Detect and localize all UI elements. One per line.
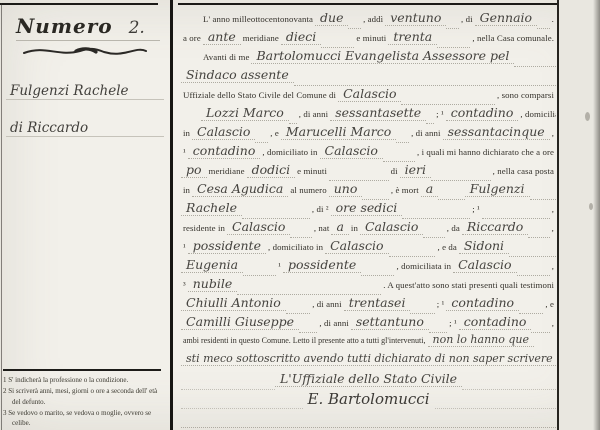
blank-line — [181, 390, 303, 409]
blank-line — [437, 29, 470, 48]
printed-segment: ¹ — [181, 147, 188, 157]
act-line-18: ambi residenti in questo Comune. Letto i… — [181, 333, 556, 352]
ink-smudge — [585, 112, 590, 121]
act-line-15: ³nubile. A quest'atto sono stati present… — [181, 276, 556, 295]
printed-segment: , domiciliata in — [394, 261, 453, 271]
blank-line — [446, 10, 459, 29]
printed-segment: L' anno milleottocentonovanta — [201, 14, 315, 24]
printed-segment: al numero — [288, 185, 328, 195]
printed-segment: residente in — [181, 223, 227, 233]
blank-line — [237, 276, 381, 295]
printed-segment: , e — [268, 128, 281, 138]
handwritten-segment: Calascio — [325, 238, 388, 254]
printed-segment: a ore — [181, 33, 203, 43]
act-line-1: L' anno milleottocentonovantadue, addìve… — [181, 10, 556, 29]
blank-line — [290, 219, 311, 238]
handwritten-segment: Sidoni — [459, 238, 509, 254]
handwritten-segment: uno — [329, 181, 363, 197]
handwritten-segment: due — [315, 10, 348, 26]
handwritten-segment: sti meco sottoscritto avendo tutti dichi… — [181, 352, 556, 366]
handwritten-segment: nubile — [188, 276, 238, 292]
handwritten-segment: Calascio — [227, 219, 290, 235]
printed-segment: Avanti di me — [201, 52, 251, 62]
blank-line — [402, 200, 470, 219]
footnote-1: 1 S' indicherà la professione o la condi… — [3, 375, 161, 386]
printed-segment: ³ — [181, 280, 188, 290]
handwritten-segment: possidente — [188, 238, 266, 254]
blank-line — [410, 295, 434, 314]
handwritten-segment: Cesa Agudica — [192, 181, 288, 197]
printed-segment: , nat — [312, 223, 332, 233]
handwritten-segment: ventuno — [385, 10, 446, 26]
printed-segment: ; ¹ — [434, 109, 446, 119]
blank-line — [509, 238, 556, 257]
numero-label: Numero — [16, 14, 113, 38]
printed-segment: di — [389, 166, 400, 176]
handwritten-segment: a — [331, 219, 348, 235]
blank-line — [294, 67, 556, 86]
printed-segment: , di anni — [317, 318, 351, 328]
printed-segment: , e — [543, 299, 556, 309]
blank-line — [517, 257, 550, 276]
footnote-3: 3 Se vedovo o marito, se vedova o moglie… — [3, 408, 161, 430]
blank-line — [438, 181, 465, 200]
margin-column: Numero 2. Fulgenzi Rachele di Riccardo — [4, 6, 166, 137]
handwritten-segment: Sindaco assente — [181, 67, 294, 83]
handwritten-segment: a — [421, 181, 438, 197]
handwritten-segment: Chiulli Antonio — [181, 295, 286, 311]
numero-row: Numero 2. — [16, 14, 160, 41]
blank-line — [329, 162, 389, 181]
handwritten-segment: contadino — [188, 143, 261, 159]
act-line-6: Lozzi Marco, di annisessantasette; ¹cont… — [181, 105, 556, 124]
act-line-4: Sindaco assente — [181, 67, 556, 86]
handwritten-segment: Calascio — [453, 257, 516, 273]
blank-line — [255, 124, 268, 143]
act-line-22 — [181, 409, 556, 428]
handwritten-segment: Rachele — [181, 200, 242, 216]
handwritten-segment: Calascio — [360, 219, 423, 235]
numero-value: 2. — [129, 18, 145, 38]
printed-segment: , di anni — [297, 109, 331, 119]
printed-segment: ¹ — [181, 242, 188, 252]
printed-segment: ambi residenti in questo Comune. Letto i… — [181, 336, 428, 345]
act-line-12: residente inCalascio, natainCalascio, da… — [181, 219, 556, 238]
death-record-scan: Numero 2. Fulgenzi Rachele di Riccardo 1… — [0, 0, 600, 430]
handwritten-segment: ante — [203, 29, 241, 45]
printed-segment: , i quali mi hanno dichiarato che a ore — [415, 147, 556, 157]
right-border — [557, 0, 559, 430]
handwritten-segment: Calascio — [320, 143, 383, 159]
handwritten-segment: Calascio — [338, 86, 401, 102]
printed-segment: , è mort — [389, 185, 421, 195]
blank-line — [348, 10, 361, 29]
handwritten-segment: Eugenia — [181, 257, 243, 273]
handwritten-segment: ore sedici — [331, 200, 403, 216]
handwritten-segment: E. Bartolomucci — [303, 390, 435, 408]
blank-line — [299, 314, 317, 333]
printed-segment: , — [550, 318, 556, 328]
printed-segment: , sono comparsi — [495, 90, 556, 100]
blank-line — [530, 181, 557, 200]
blank-line — [383, 143, 415, 162]
handwritten-segment: dieci — [281, 29, 321, 45]
blank-line — [514, 48, 556, 67]
blank-line — [286, 295, 310, 314]
printed-segment: , addì — [361, 14, 385, 24]
blank-line — [528, 219, 549, 238]
act-line-3: Avanti di meBartolomucci Evangelista Ass… — [181, 48, 556, 67]
blank-line — [181, 371, 275, 390]
act-line-7: inCalascio, eMarucelli Marco, di annises… — [181, 124, 556, 143]
printed-segment: , domiciliato in — [266, 242, 325, 252]
printed-segment: in — [349, 223, 360, 233]
printed-segment: , — [550, 204, 556, 214]
footnotes: 1 S' indicherà la professione o la condi… — [3, 369, 161, 429]
footnote-2: 2 Si scriverà anni, mesi, giorni o ore a… — [3, 386, 161, 408]
handwritten-segment: Camilli Giuseppe — [181, 314, 299, 330]
act-line-16: Chiulli Antonio, di annitrentasei; ¹cont… — [181, 295, 556, 314]
handwritten-segment: Calascio — [192, 124, 255, 140]
handwritten-segment: contadino — [446, 105, 519, 121]
printed-segment: . A quest'atto sono stati presenti quali… — [381, 280, 556, 290]
printed-segment: , domiciliat — [518, 109, 556, 119]
printed-segment: , di ² — [310, 204, 331, 214]
blank-line — [519, 295, 543, 314]
handwritten-segment: Fulgenzi — [465, 181, 530, 197]
blank-line — [435, 390, 557, 409]
left-border — [1, 3, 2, 430]
deceased-patronymic: di Riccardo — [6, 114, 164, 137]
act-line-13: ¹possidente, domiciliato inCalascio, e d… — [181, 238, 556, 257]
printed-segment: . — [550, 14, 556, 24]
act-line-9: pomeridianedodicie minutidiieri, nella c… — [181, 162, 556, 181]
handwritten-segment: non lo hanno que — [428, 333, 535, 347]
printed-segment: , da — [445, 223, 462, 233]
act-line-21: E. Bartolomucci — [181, 390, 556, 409]
handwritten-segment: possidente — [283, 257, 361, 273]
handwritten-segment: trentasei — [344, 295, 411, 311]
blank-line — [389, 238, 436, 257]
printed-segment: ; ¹ — [435, 299, 447, 309]
flourish-wrap — [4, 44, 166, 63]
printed-segment: , — [550, 261, 556, 271]
act-line-19: sti meco sottoscritto avendo tutti dichi… — [181, 352, 556, 371]
blank-line — [401, 86, 495, 105]
act-line-20: L'Uffiziale dello Stato Civile — [181, 371, 556, 390]
blank-line — [243, 257, 276, 276]
blank-line — [242, 200, 310, 219]
handwritten-segment: sessantasette — [330, 105, 426, 121]
handwritten-segment: Riccardo — [462, 219, 528, 235]
blank-line — [462, 371, 556, 390]
handwritten-segment: po — [181, 162, 207, 178]
act-line-2: a oreantemeridianediecie minutitrenta, n… — [181, 29, 556, 48]
act-line-10: inCesa Agudicaal numerouno, è mortaFulge… — [181, 181, 556, 200]
printed-segment: meridiane — [241, 33, 281, 43]
handwritten-segment: Gennaio — [475, 10, 537, 26]
blank-line — [537, 10, 550, 29]
margin-divider — [170, 0, 173, 430]
handwritten-segment: Lozzi Marco — [201, 105, 289, 121]
handwritten-segment: ieri — [400, 162, 431, 178]
flourish-icon — [20, 44, 150, 58]
blank-line — [482, 200, 550, 219]
blank-line — [426, 105, 434, 124]
handwritten-segment: settantuno — [351, 314, 429, 330]
printed-segment: in — [181, 128, 192, 138]
handwritten-segment: Bartolomucci Evangelista Assessore pel — [251, 48, 514, 64]
top-border-right — [178, 3, 584, 5]
blank-line — [181, 409, 556, 428]
act-line-17: Camilli Giuseppe, di annisettantuno; ¹co… — [181, 314, 556, 333]
printed-segment: ; ¹ — [447, 318, 459, 328]
ink-smudge — [589, 203, 593, 210]
blank-line — [361, 257, 394, 276]
handwritten-segment: L'Uffiziale dello Stato Civile — [275, 371, 462, 387]
blank-line — [531, 314, 549, 333]
handwritten-segment: dodici — [247, 162, 296, 178]
printed-segment: meridiane — [207, 166, 247, 176]
handwritten-segment: contadino — [446, 295, 519, 311]
top-border-left — [0, 3, 158, 5]
act-line-5: Uffiziale dello Stato Civile del Comune … — [181, 86, 556, 105]
act-line-11: Rachele, di ²ore sedici; ¹, — [181, 200, 556, 219]
handwritten-segment: Marucelli Marco — [281, 124, 396, 140]
printed-segment: Uffiziale dello Stato Civile del Comune … — [181, 90, 338, 100]
printed-segment: e minuti — [295, 166, 329, 176]
printed-segment: , — [550, 128, 556, 138]
printed-segment: ¹ — [276, 261, 283, 271]
blank-line — [431, 162, 491, 181]
deceased-name: Fulgenzi Rachele — [6, 77, 164, 100]
printed-segment: in — [181, 185, 192, 195]
handwritten-segment: sessantacinque — [443, 124, 550, 140]
blank-line — [429, 314, 447, 333]
printed-segment: , di anni — [409, 128, 443, 138]
printed-segment: , nella casa posta — [491, 166, 556, 176]
printed-segment: , di anni — [310, 299, 344, 309]
scan-edge-shadow — [593, 0, 600, 430]
printed-segment: ; ¹ — [470, 204, 482, 214]
printed-segment: e minuti — [354, 33, 388, 43]
printed-segment: , e da — [435, 242, 458, 252]
act-line-14: Eugenia¹possidente, domiciliata inCalasc… — [181, 257, 556, 276]
blank-line — [396, 124, 409, 143]
handwritten-segment: contadino — [459, 314, 532, 330]
printed-segment: , di — [459, 14, 475, 24]
printed-segment: , — [550, 223, 556, 233]
act-line-8: ¹contadino, domiciliato inCalascio, i qu… — [181, 143, 556, 162]
act-lines: L' anno milleottocentonovantadue, addìve… — [181, 10, 556, 428]
blank-line — [321, 29, 354, 48]
printed-segment: , domiciliato in — [260, 147, 319, 157]
blank-line — [423, 219, 444, 238]
printed-segment: , nella Casa comunale. — [470, 33, 556, 43]
blank-line — [289, 105, 297, 124]
handwritten-segment: trenta — [388, 29, 437, 45]
blank-line — [362, 181, 389, 200]
